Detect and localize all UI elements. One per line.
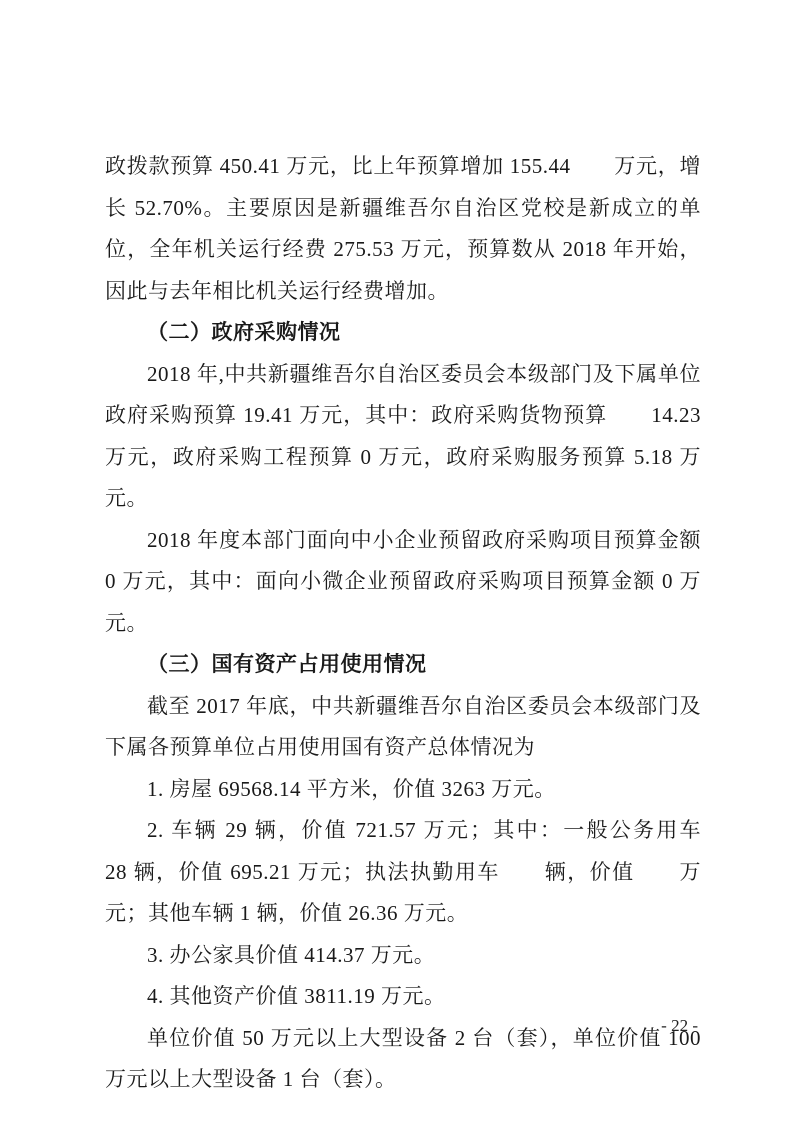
list-item-housing: 1. 房屋 69568.14 平方米，价值 3263 万元。 (105, 769, 701, 811)
section-heading-government-procurement: （二）政府采购情况 (105, 312, 701, 354)
paragraph-fiscal-appropriation: 政拨款预算 450.41 万元，比上年预算增加 155.44 万元，增长 52.… (105, 146, 701, 312)
document-page: 政拨款预算 450.41 万元，比上年预算增加 155.44 万元，增长 52.… (0, 0, 793, 1122)
list-item-vehicles: 2. 车辆 29 辆，价值 721.57 万元；其中：一般公务用车 28 辆，价… (105, 810, 701, 935)
list-item-office-furniture: 3. 办公家具价值 414.37 万元。 (105, 935, 701, 977)
paragraph-procurement-budget: 2018 年,中共新疆维吾尔自治区委员会本级部门及下属单位政府采购预算 19.4… (105, 354, 701, 520)
paragraph-assets-overview: 截至 2017 年底，中共新疆维吾尔自治区委员会本级部门及下属各预算单位占用使用… (105, 686, 701, 769)
list-item-other-assets: 4. 其他资产价值 3811.19 万元。 (105, 976, 701, 1018)
paragraph-sme-reserved-procurement: 2018 年度本部门面向中小企业预留政府采购项目预算金额 0 万元，其中：面向小… (105, 520, 701, 645)
document-content: 政拨款预算 450.41 万元，比上年预算增加 155.44 万元，增长 52.… (105, 146, 701, 1101)
footer-page-number: - 22 - (0, 1014, 698, 1038)
section-heading-state-assets: （三）国有资产占用使用情况 (105, 644, 701, 686)
